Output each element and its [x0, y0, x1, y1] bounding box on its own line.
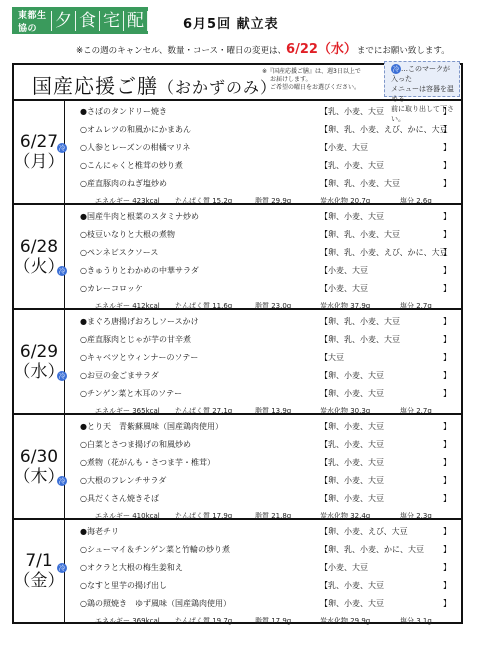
- allergen-bracket-close: 】: [443, 577, 451, 595]
- allergen-bracket-close: 】: [443, 331, 451, 349]
- side-dish: ○こんにゃくと椎茸の炒り煮【乳、小麦、大豆】: [65, 157, 461, 175]
- allergen-bracket-close: 】: [443, 523, 451, 541]
- cold-mark-icon: 冷: [57, 266, 67, 276]
- notice-text-end: までにお願い致します。: [357, 46, 450, 56]
- delivery-note: ※『国産応援ご膳』は、週3日以上で お届けします。 ご希望の曜日をお選びください…: [262, 68, 361, 92]
- logo-char: 夕: [51, 11, 75, 31]
- side-dish: 冷○人参とレーズンの柑橘マリネ【小麦、大豆】: [65, 139, 461, 157]
- side-bullet-icon: ○: [80, 248, 87, 257]
- side-dish: 冷○大根のフレンチサラダ【卵、小麦、大豆】: [65, 472, 461, 490]
- side-bullet-icon: ○: [80, 143, 87, 152]
- notice-text: ※この週のキャンセル、数量・コース・曜日の変更は、: [76, 46, 286, 56]
- dish-label: さばのタンドリー焼き: [87, 107, 167, 116]
- cold-mark-legend: 冷…このマークが入った メニューは容器を温める 前に取り出して下さい。: [384, 61, 460, 97]
- allergen-bracket-close: 】: [443, 280, 451, 298]
- logo-char: 配: [123, 11, 148, 31]
- dish-label: 国産牛肉と根菜のスタミナ炒め: [87, 212, 199, 221]
- side-dish: 冷○きゅうりとわかめの中華サラダ【小麦、大豆】: [65, 262, 461, 280]
- dish-name: ○キャベツとウィンナーのソテー: [80, 349, 198, 367]
- main-dish: ●とり天 青紫蘇風味（国産鶏肉使用）【卵、小麦、大豆】: [65, 418, 461, 436]
- allergen-list: 【卵、小麦、大豆: [320, 208, 384, 226]
- brand-logo: 東都生協の 夕 食 宅 配: [12, 7, 148, 34]
- dish-label: シューマイ＆チンゲン菜と竹輪の炒り煮: [87, 545, 230, 554]
- side-bullet-icon: ○: [80, 458, 87, 467]
- cold-mark-icon: 冷: [57, 371, 67, 381]
- dish-name: ●さばのタンドリー焼き: [80, 103, 167, 121]
- day-row: 6/28（火）●国産牛肉と根菜のスタミナ炒め【卵、小麦、大豆】○枝豆いなりと大根…: [14, 205, 461, 310]
- date: 6/28: [20, 237, 58, 257]
- nutrition-protein: たんぱく質 19.7g: [175, 614, 232, 628]
- allergen-list: 【卵、乳、小麦、えび、かに、大豆: [320, 244, 448, 262]
- allergen-bracket-close: 】: [443, 367, 451, 385]
- dish-label: 大根のフレンチサラダ: [87, 476, 166, 485]
- day-row: 6/27（月）●さばのタンドリー焼き【乳、小麦、大豆】○オムレツの和風かにかまあ…: [14, 100, 461, 205]
- allergen-list: 【卵、小麦、大豆: [320, 490, 384, 508]
- page-title: 6月5回 献立表: [183, 13, 279, 32]
- allergen-bracket-close: 】: [443, 454, 451, 472]
- side-dish: ○具だくさん焼きそば【卵、小麦、大豆】: [65, 490, 461, 508]
- side-bullet-icon: ○: [80, 335, 87, 344]
- side-bullet-icon: ○: [80, 230, 87, 239]
- allergen-list: 【乳、小麦、大豆: [320, 103, 384, 121]
- dish-label: チンゲン菜と木耳のソテー: [87, 389, 182, 398]
- main-bullet-icon: ●: [80, 212, 87, 221]
- side-bullet-icon: ○: [80, 563, 87, 572]
- course-name: 国産応援ご膳: [32, 74, 158, 98]
- date: 7/1: [25, 551, 52, 571]
- dish-name: ○オクラと大根の梅生姜和え: [80, 559, 183, 577]
- nutrition-carbs: 炭水化物 29.9g: [320, 614, 370, 628]
- date: 6/30: [20, 447, 58, 467]
- course-subtitle: （おかずのみ）: [158, 78, 277, 97]
- logo-char: 宅: [99, 11, 123, 31]
- logo-char: 食: [75, 11, 99, 31]
- allergen-list: 【卵、小麦、大豆: [320, 595, 384, 613]
- logo-prefix: 東都生協の: [18, 8, 48, 34]
- dish-name: ○オムレツの和風かにかまあん: [80, 121, 191, 139]
- dish-label: 鶏の照焼き ゆず風味（国産鶏肉使用）: [87, 599, 231, 608]
- side-bullet-icon: ○: [80, 266, 87, 275]
- dish-label: 産直豚肉とじゃが芋の甘辛煮: [87, 335, 191, 344]
- menu-items: ●とり天 青紫蘇風味（国産鶏肉使用）【卵、小麦、大豆】○白菜とさつま揚げの和風炒…: [65, 415, 461, 518]
- allergen-bracket-close: 】: [443, 157, 451, 175]
- side-bullet-icon: ○: [80, 440, 87, 449]
- cold-mark-icon: 冷: [57, 476, 67, 486]
- note-line: ご希望の曜日をお選びください。: [262, 84, 361, 92]
- dish-name: ○きゅうりとわかめの中華サラダ: [80, 262, 199, 280]
- side-dish: ○ペンネビスクソース【卵、乳、小麦、えび、かに、大豆】: [65, 244, 461, 262]
- main-bullet-icon: ●: [80, 422, 87, 431]
- side-dish: ○なすと里芋の揚げ出し【乳、小麦、大豆】: [65, 577, 461, 595]
- allergen-list: 【卵、乳、小麦、大豆: [320, 226, 400, 244]
- dish-name: ○枝豆いなりと大根の煮物: [80, 226, 175, 244]
- nutrition-salt: 塩分 3.1g: [400, 614, 432, 628]
- side-bullet-icon: ○: [80, 476, 87, 485]
- dish-label: カレーコロッケ: [87, 284, 143, 293]
- allergen-list: 【卵、乳、小麦、えび、かに、大豆: [320, 121, 448, 139]
- dish-label: 人参とレーズンの柑橘マリネ: [87, 143, 190, 152]
- allergen-list: 【乳、小麦、大豆: [320, 454, 384, 472]
- side-bullet-icon: ○: [80, 599, 87, 608]
- side-bullet-icon: ○: [80, 179, 87, 188]
- allergen-bracket-close: 】: [443, 139, 451, 157]
- cold-mark-icon: 冷: [57, 143, 67, 153]
- allergen-list: 【大豆: [320, 349, 344, 367]
- side-bullet-icon: ○: [80, 389, 87, 398]
- side-dish: ○枝豆いなりと大根の煮物【卵、乳、小麦、大豆】: [65, 226, 461, 244]
- table-header: 国産応援ご膳（おかずのみ） ※『国産応援ご膳』は、週3日以上で お届けします。 …: [14, 65, 461, 101]
- menu-items: ●まぐろ唐揚げおろしソースかけ【卵、乳、小麦、大豆】○産直豚肉とじゃが芋の甘辛煮…: [65, 310, 461, 413]
- allergen-bracket-close: 】: [443, 541, 451, 559]
- dish-label: まぐろ唐揚げおろしソースかけ: [87, 317, 199, 326]
- dish-name: ○煮物（花がんも・さつま芋・椎茸）: [80, 454, 215, 472]
- main-bullet-icon: ●: [80, 317, 87, 326]
- allergen-bracket-close: 】: [443, 208, 451, 226]
- side-bullet-icon: ○: [80, 353, 87, 362]
- side-dish: 冷○お豆の金ごまサラダ【卵、小麦、大豆】: [65, 367, 461, 385]
- menu-items: ●国産牛肉と根菜のスタミナ炒め【卵、小麦、大豆】○枝豆いなりと大根の煮物【卵、乳…: [65, 205, 461, 308]
- allergen-bracket-close: 】: [443, 595, 451, 613]
- dish-label: キャベツとウィンナーのソテー: [87, 353, 198, 362]
- allergen-list: 【小麦、大豆: [320, 139, 368, 157]
- dish-label: 具だくさん焼きそば: [87, 494, 159, 503]
- allergen-list: 【卵、乳、小麦、かに、大豆: [320, 541, 424, 559]
- day-row: 7/1（金）●海老チリ【卵、小麦、えび、大豆】○シューマイ＆チンゲン菜と竹輪の炒…: [14, 520, 461, 622]
- change-deadline-notice: ※この週のキャンセル、数量・コース・曜日の変更は、6/22（水）までにお願い致し…: [76, 38, 450, 57]
- dish-label: お豆の金ごまサラダ: [87, 371, 159, 380]
- allergen-bracket-close: 】: [443, 418, 451, 436]
- dish-name: ●とり天 青紫蘇風味（国産鶏肉使用）: [80, 418, 223, 436]
- dish-name: ○大根のフレンチサラダ: [80, 472, 166, 490]
- side-dish: ○シューマイ＆チンゲン菜と竹輪の炒り煮【卵、乳、小麦、かに、大豆】: [65, 541, 461, 559]
- dish-name: ○なすと里芋の揚げ出し: [80, 577, 167, 595]
- nutrition-energy: エネルギー 369kcal: [95, 614, 160, 628]
- nutrition-info: エネルギー 369kcalたんぱく質 19.7g脂質 17.9g炭水化物 29.…: [65, 614, 461, 628]
- dish-label: とり天 青紫蘇風味（国産鶏肉使用）: [87, 422, 223, 431]
- dish-label: こんにゃくと椎茸の炒り煮: [87, 161, 183, 170]
- dish-label: ペンネビスクソース: [87, 248, 158, 257]
- side-bullet-icon: ○: [80, 284, 87, 293]
- dish-name: ○白菜とさつま揚げの和風炒め: [80, 436, 191, 454]
- dish-name: ○シューマイ＆チンゲン菜と竹輪の炒り煮: [80, 541, 230, 559]
- allergen-list: 【卵、小麦、大豆: [320, 367, 384, 385]
- allergen-list: 【卵、小麦、大豆: [320, 418, 384, 436]
- cold-mark-icon: 冷: [391, 64, 401, 74]
- dish-label: オクラと大根の梅生姜和え: [87, 563, 183, 572]
- allergen-bracket-close: 】: [443, 226, 451, 244]
- side-dish: ○白菜とさつま揚げの和風炒め【乳、小麦、大豆】: [65, 436, 461, 454]
- allergen-list: 【乳、小麦、大豆: [320, 577, 384, 595]
- side-bullet-icon: ○: [80, 581, 87, 590]
- dish-label: なすと里芋の揚げ出し: [87, 581, 167, 590]
- side-dish: ○煮物（花がんも・さつま芋・椎茸）【乳、小麦、大豆】: [65, 454, 461, 472]
- day-row: 6/30（木）●とり天 青紫蘇風味（国産鶏肉使用）【卵、小麦、大豆】○白菜とさつ…: [14, 415, 461, 520]
- date: 6/27: [20, 132, 58, 152]
- menu-items: ●海老チリ【卵、小麦、えび、大豆】○シューマイ＆チンゲン菜と竹輪の炒り煮【卵、乳…: [65, 520, 461, 622]
- dish-label: 枝豆いなりと大根の煮物: [87, 230, 175, 239]
- date: 6/29: [20, 342, 58, 362]
- dish-name: ●国産牛肉と根菜のスタミナ炒め: [80, 208, 199, 226]
- main-bullet-icon: ●: [80, 107, 87, 116]
- dish-name: ○具だくさん焼きそば: [80, 490, 159, 508]
- dish-name: ○ペンネビスクソース: [80, 244, 158, 262]
- allergen-bracket-close: 】: [443, 385, 451, 403]
- allergen-list: 【小麦、大豆: [320, 262, 368, 280]
- allergen-bracket-close: 】: [443, 349, 451, 367]
- dish-label: オムレツの和風かにかまあん: [87, 125, 191, 134]
- date-cell: 6/27（月）: [14, 100, 65, 203]
- side-dish: ○産直豚肉とじゃが芋の甘辛煮【卵、乳、小麦、大豆】: [65, 331, 461, 349]
- weekday: （月）: [14, 152, 65, 172]
- dish-name: ○こんにゃくと椎茸の炒り煮: [80, 157, 183, 175]
- allergen-bracket-close: 】: [443, 103, 451, 121]
- note-line: お届けします。: [262, 76, 361, 84]
- day-row: 6/29（水）●まぐろ唐揚げおろしソースかけ【卵、乳、小麦、大豆】○産直豚肉とじ…: [14, 310, 461, 415]
- side-bullet-icon: ○: [80, 545, 87, 554]
- dish-name: ●まぐろ唐揚げおろしソースかけ: [80, 313, 199, 331]
- allergen-bracket-close: 】: [443, 175, 451, 193]
- dish-label: 産直豚肉のねぎ塩炒め: [87, 179, 167, 188]
- allergen-list: 【乳、小麦、大豆: [320, 436, 384, 454]
- side-bullet-icon: ○: [80, 125, 87, 134]
- course-title: 国産応援ご膳（おかずのみ）: [32, 70, 277, 99]
- dish-label: 煮物（花がんも・さつま芋・椎茸）: [87, 458, 215, 467]
- dish-label: 海老チリ: [87, 527, 119, 536]
- date-cell: 6/28（火）: [14, 205, 65, 308]
- side-dish: ○産直豚肉のねぎ塩炒め【卵、乳、小麦、大豆】: [65, 175, 461, 193]
- main-dish: ●国産牛肉と根菜のスタミナ炒め【卵、小麦、大豆】: [65, 208, 461, 226]
- dish-name: ●海老チリ: [80, 523, 119, 541]
- side-dish: ○カレーコロッケ【小麦、大豆】: [65, 280, 461, 298]
- allergen-list: 【卵、乳、小麦、大豆: [320, 175, 400, 193]
- allergen-bracket-close: 】: [443, 262, 451, 280]
- allergen-list: 【小麦、大豆: [320, 280, 368, 298]
- side-dish: ○キャベツとウィンナーのソテー【大豆】: [65, 349, 461, 367]
- side-bullet-icon: ○: [80, 371, 87, 380]
- allergen-bracket-close: 】: [443, 244, 451, 262]
- dish-name: ○鶏の照焼き ゆず風味（国産鶏肉使用）: [80, 595, 231, 613]
- allergen-list: 【卵、小麦、えび、大豆: [320, 523, 408, 541]
- deadline-date: 6/22（水）: [286, 42, 357, 57]
- side-dish: ○オムレツの和風かにかまあん【卵、乳、小麦、えび、かに、大豆】: [65, 121, 461, 139]
- allergen-list: 【卵、小麦、大豆: [320, 472, 384, 490]
- cold-mark-icon: 冷: [57, 563, 67, 573]
- main-dish: ●まぐろ唐揚げおろしソースかけ【卵、乳、小麦、大豆】: [65, 313, 461, 331]
- side-dish: 冷○オクラと大根の梅生姜和え【小麦、大豆】: [65, 559, 461, 577]
- allergen-list: 【乳、小麦、大豆: [320, 157, 384, 175]
- side-dish: ○チンゲン菜と木耳のソテー【卵、小麦、大豆】: [65, 385, 461, 403]
- dish-name: ○チンゲン菜と木耳のソテー: [80, 385, 182, 403]
- side-dish: ○鶏の照焼き ゆず風味（国産鶏肉使用）【卵、小麦、大豆】: [65, 595, 461, 613]
- dish-label: きゅうりとわかめの中華サラダ: [87, 266, 199, 275]
- side-bullet-icon: ○: [80, 161, 87, 170]
- allergen-bracket-close: 】: [443, 559, 451, 577]
- main-bullet-icon: ●: [80, 527, 87, 536]
- dish-name: ○お豆の金ごまサラダ: [80, 367, 159, 385]
- menu-items: ●さばのタンドリー焼き【乳、小麦、大豆】○オムレツの和風かにかまあん【卵、乳、小…: [65, 100, 461, 203]
- main-dish: ●さばのタンドリー焼き【乳、小麦、大豆】: [65, 103, 461, 121]
- allergen-list: 【卵、乳、小麦、大豆: [320, 313, 400, 331]
- dish-label: 白菜とさつま揚げの和風炒め: [87, 440, 191, 449]
- dish-name: ○産直豚肉のねぎ塩炒め: [80, 175, 167, 193]
- date-cell: 6/29（水）: [14, 310, 65, 413]
- main-dish: ●海老チリ【卵、小麦、えび、大豆】: [65, 523, 461, 541]
- note-line: ※『国産応援ご膳』は、週3日以上で: [262, 68, 361, 76]
- weekday: （金）: [14, 571, 65, 591]
- allergen-list: 【小麦、大豆: [320, 559, 368, 577]
- menu-table: 国産応援ご膳（おかずのみ） ※『国産応援ご膳』は、週3日以上で お届けします。 …: [12, 63, 463, 624]
- allergen-list: 【卵、小麦、大豆: [320, 385, 384, 403]
- allergen-bracket-close: 】: [443, 490, 451, 508]
- allergen-bracket-close: 】: [443, 121, 451, 139]
- dish-name: ○産直豚肉とじゃが芋の甘辛煮: [80, 331, 191, 349]
- allergen-bracket-close: 】: [443, 472, 451, 490]
- dish-name: ○カレーコロッケ: [80, 280, 143, 298]
- side-bullet-icon: ○: [80, 494, 87, 503]
- allergen-bracket-close: 】: [443, 313, 451, 331]
- date-cell: 6/30（木）: [14, 415, 65, 518]
- dish-name: ○人参とレーズンの柑橘マリネ: [80, 139, 190, 157]
- allergen-bracket-close: 】: [443, 436, 451, 454]
- nutrition-fat: 脂質 17.9g: [255, 614, 291, 628]
- allergen-list: 【卵、乳、小麦、大豆: [320, 331, 400, 349]
